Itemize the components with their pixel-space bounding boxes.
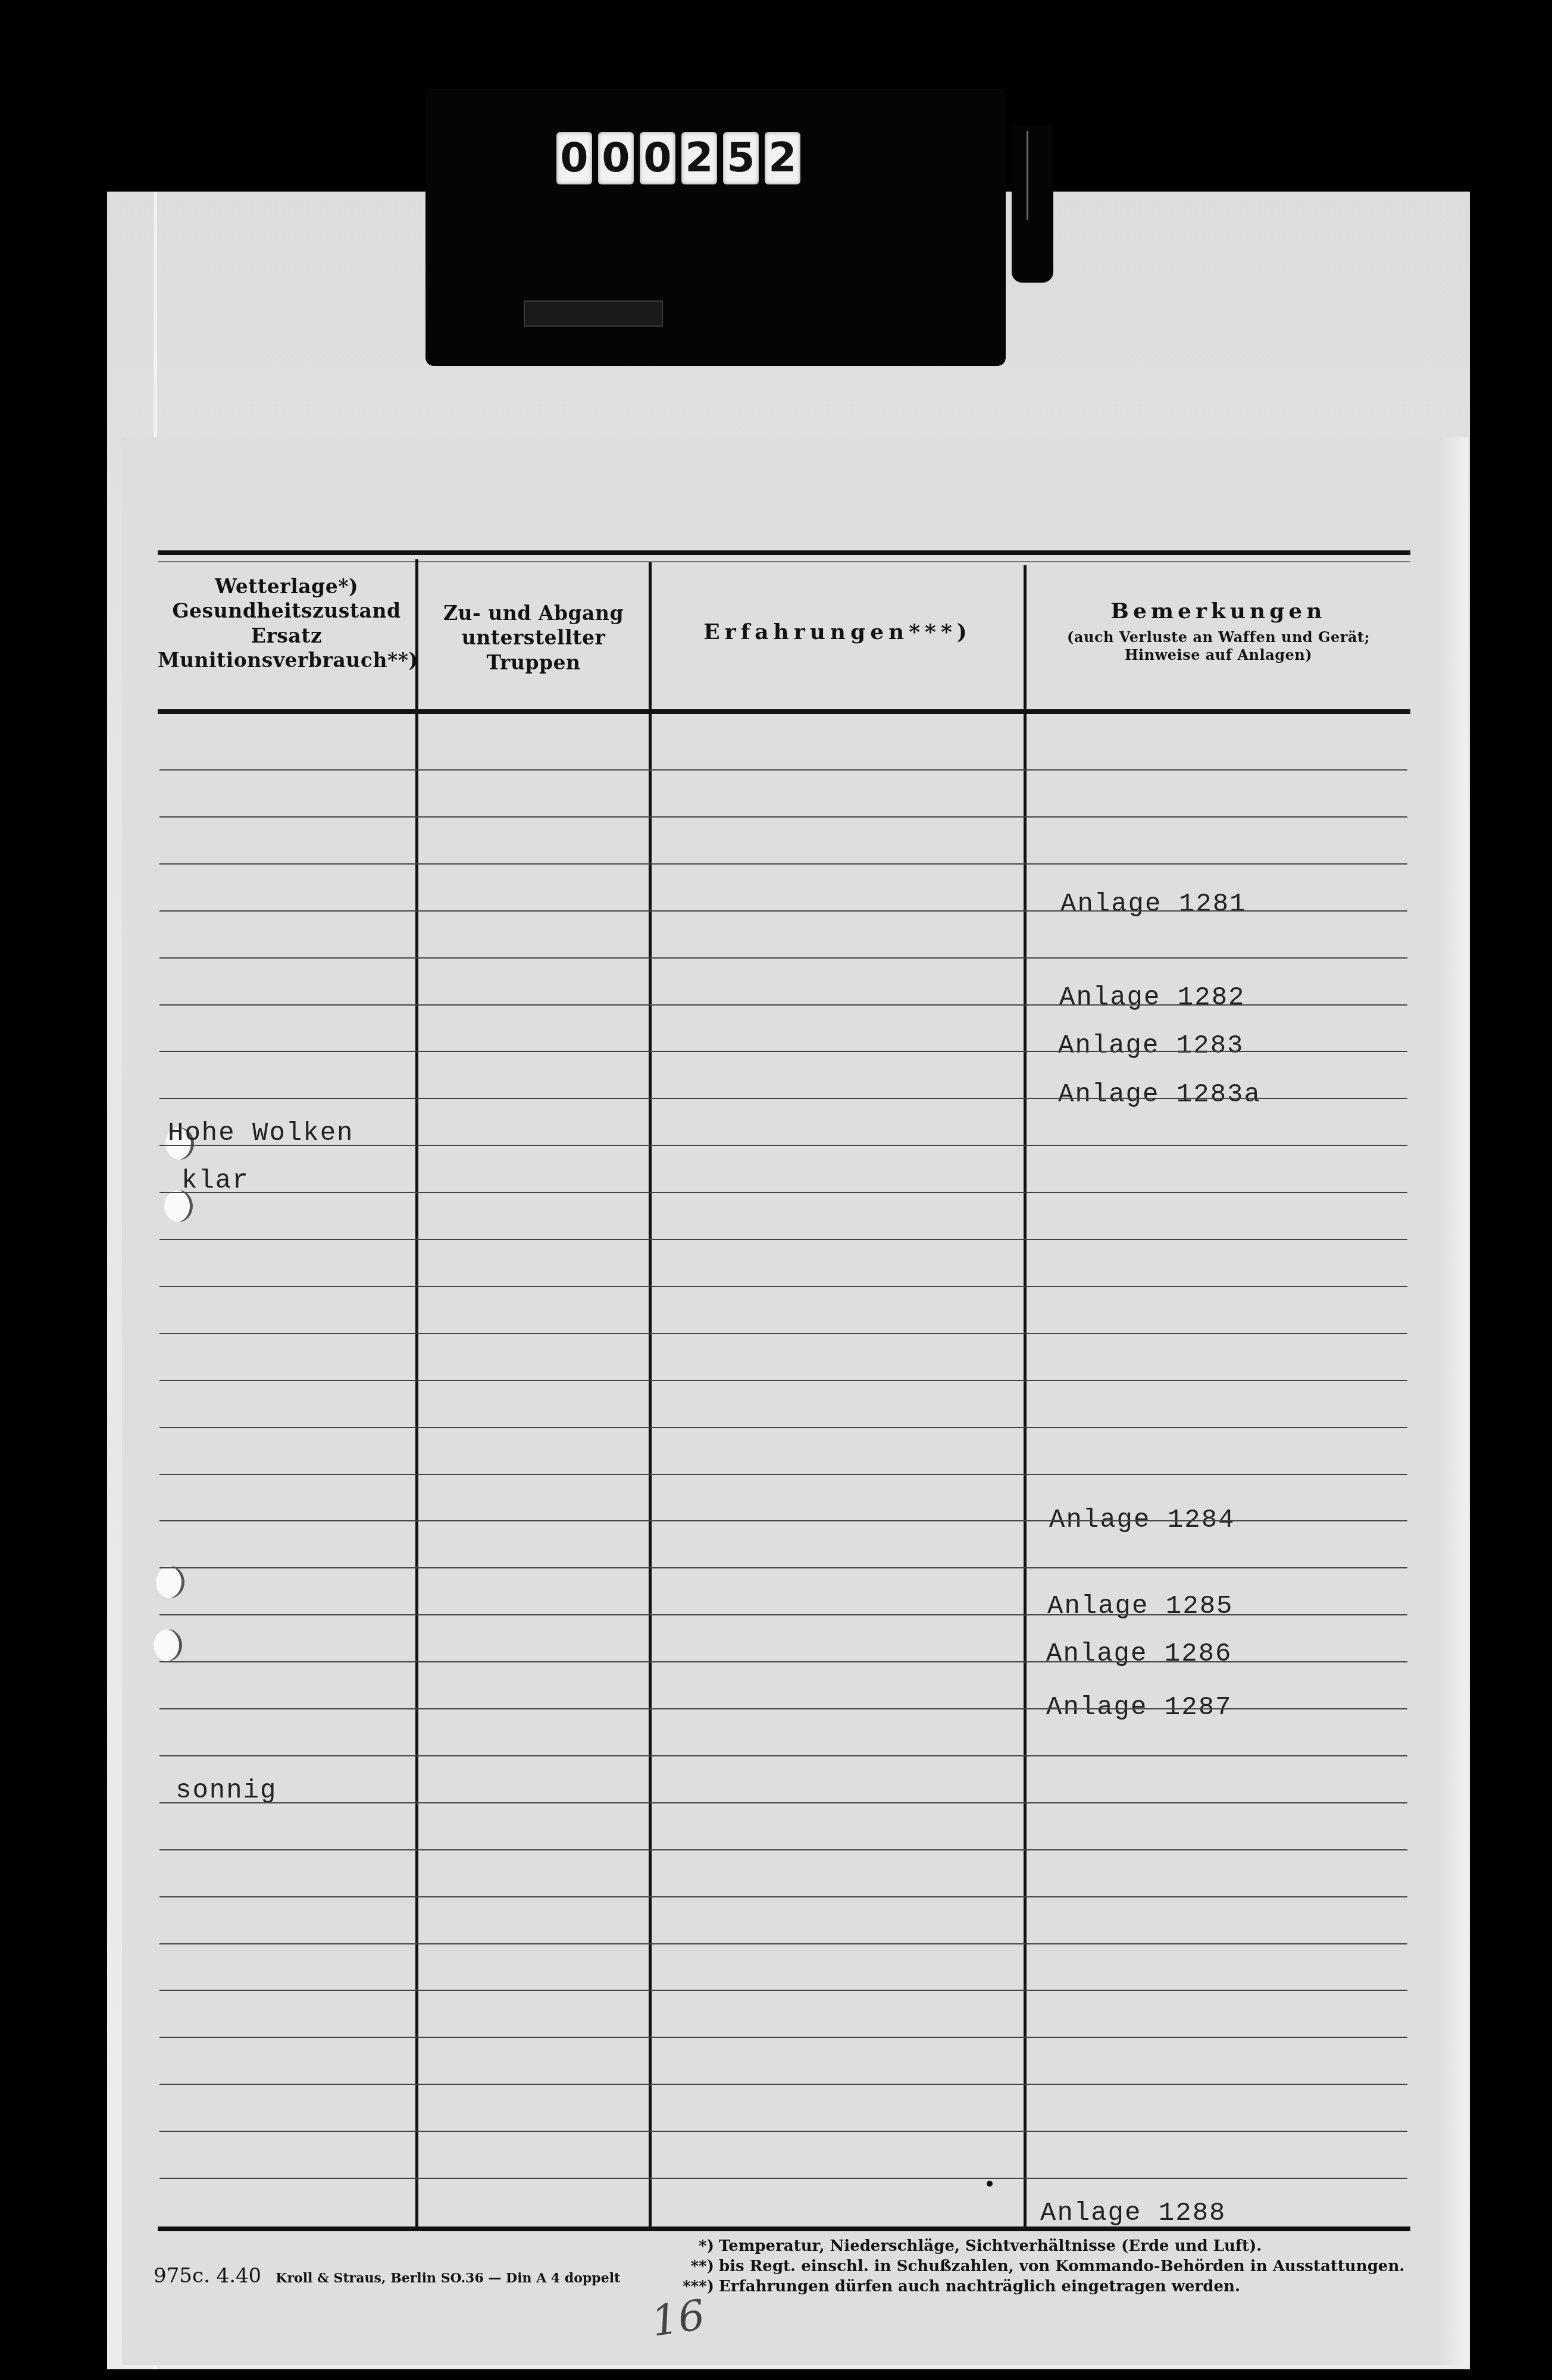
row-rule bbox=[159, 2131, 1407, 2132]
entry-anlage: Anlage 1283a bbox=[1058, 1080, 1261, 1110]
row-rule bbox=[159, 1614, 1407, 1615]
header-line: Hinweise auf Anlagen) bbox=[1027, 646, 1410, 664]
counter-digit: 2 bbox=[681, 132, 717, 184]
header-line: unterstellter Truppen bbox=[418, 625, 649, 675]
footnote-text: Temperatur, Niederschläge, Sichtverhältn… bbox=[719, 2237, 1262, 2255]
header-line: Bemerkungen bbox=[1027, 598, 1410, 625]
ink-dot bbox=[987, 2181, 993, 2187]
frame-counter-device bbox=[425, 89, 1006, 366]
column-divider-1 bbox=[415, 559, 418, 2228]
row-rule bbox=[159, 1943, 1407, 1944]
table-top-thin-rule bbox=[158, 561, 1410, 562]
footnote-mark: **) bbox=[678, 2256, 714, 2276]
header-bemerkungen: Bemerkungen (auch Verluste an Waffen und… bbox=[1027, 598, 1410, 664]
column-divider-2 bbox=[649, 562, 652, 2228]
row-rule bbox=[159, 1239, 1407, 1240]
row-rule bbox=[159, 1333, 1407, 1334]
row-rule bbox=[159, 1990, 1407, 1991]
counter-digit: 0 bbox=[640, 132, 675, 184]
header-line: Erfahrungen***) bbox=[652, 619, 1024, 646]
header-line: Wetterlage*) bbox=[158, 574, 415, 599]
header-erfahrungen: Erfahrungen***) bbox=[652, 619, 1024, 646]
entry-wetterlage-hohe-wolken: Hohe Wolken bbox=[168, 1119, 353, 1148]
column-divider-3 bbox=[1024, 565, 1027, 2228]
row-rule bbox=[159, 1427, 1407, 1428]
counter-knob bbox=[1012, 125, 1053, 283]
form-number: 975c. 4.40 bbox=[154, 2264, 261, 2288]
row-rule bbox=[159, 1380, 1407, 1381]
entry-anlage: Anlage 1286 bbox=[1046, 1639, 1232, 1669]
header-line: Ersatz bbox=[158, 624, 415, 648]
frame-counter-digits: 0 0 0 2 5 2 bbox=[556, 132, 800, 184]
printer-imprint: 975c. 4.40Kroll & Straus, Berlin SO.36 —… bbox=[154, 2264, 620, 2288]
counter-digit: 0 bbox=[556, 132, 592, 184]
printer-name: Kroll & Straus, Berlin SO.36 — Din A 4 d… bbox=[276, 2271, 620, 2286]
row-rule bbox=[159, 2084, 1407, 2085]
row-rule bbox=[159, 2037, 1407, 2038]
header-wetterlage: Wetterlage*) Gesundheitszustand Ersatz M… bbox=[158, 574, 415, 672]
entry-anlage: Anlage 1282 bbox=[1059, 983, 1245, 1013]
footnote-text: bis Regt. einschl. in Schußzahlen, von K… bbox=[719, 2257, 1404, 2275]
header-bottom-rule bbox=[158, 709, 1410, 714]
row-rule bbox=[159, 2178, 1407, 2179]
footnote-text: Erfahrungen dürfen auch nachträglich ein… bbox=[719, 2278, 1240, 2296]
row-rule bbox=[159, 1051, 1407, 1052]
row-rule bbox=[159, 1896, 1407, 1897]
row-rule bbox=[159, 1098, 1407, 1099]
header-line: Zu- und Abgang bbox=[418, 601, 649, 625]
counter-label-plate bbox=[524, 300, 663, 327]
row-rule bbox=[159, 1474, 1407, 1475]
entry-anlage: Anlage 1288 bbox=[1040, 2199, 1226, 2228]
table-top-rule bbox=[158, 550, 1410, 555]
row-rule bbox=[159, 1145, 1407, 1146]
entry-anlage: Anlage 1283 bbox=[1058, 1031, 1244, 1061]
footnote-1: *)Temperatur, Niederschläge, Sichtverhäl… bbox=[678, 2236, 1262, 2256]
row-rule bbox=[159, 1802, 1407, 1803]
footnote-3: ***)Erfahrungen dürfen auch nachträglich… bbox=[678, 2276, 1240, 2297]
handwritten-page-number: 16 bbox=[649, 2290, 708, 2346]
row-rule bbox=[159, 816, 1407, 818]
punch-hole bbox=[156, 1566, 184, 1598]
entry-wetterlage-sonnig: sonnig bbox=[176, 1776, 277, 1806]
row-rule bbox=[159, 863, 1407, 865]
row-rule bbox=[159, 1755, 1407, 1756]
counter-digit: 0 bbox=[598, 132, 634, 184]
row-rule bbox=[159, 1286, 1407, 1287]
row-rule bbox=[159, 957, 1407, 959]
war-diary-form-sheet bbox=[122, 437, 1468, 2365]
header-zu-und-abgang: Zu- und Abgang unterstellter Truppen bbox=[418, 601, 649, 675]
row-rule bbox=[159, 1661, 1407, 1662]
header-line: Gesundheitszustand bbox=[158, 599, 415, 623]
footnote-2: **)bis Regt. einschl. in Schußzahlen, vo… bbox=[678, 2256, 1404, 2276]
row-rule bbox=[159, 1004, 1407, 1006]
row-rule bbox=[159, 910, 1407, 912]
counter-digit: 2 bbox=[765, 132, 800, 184]
entry-anlage: Anlage 1285 bbox=[1047, 1592, 1233, 1621]
header-line: (auch Verluste an Waffen und Gerät; bbox=[1027, 628, 1410, 646]
footnote-mark: *) bbox=[678, 2236, 714, 2256]
row-rule bbox=[159, 1520, 1407, 1521]
row-rule bbox=[159, 1708, 1407, 1709]
entry-anlage: Anlage 1287 bbox=[1046, 1693, 1232, 1723]
row-rule bbox=[159, 1567, 1407, 1568]
punch-hole bbox=[154, 1629, 182, 1661]
row-rule bbox=[159, 1849, 1407, 1850]
header-line: Munitionsverbrauch**) bbox=[158, 648, 415, 672]
row-rule bbox=[159, 1192, 1407, 1193]
entry-anlage: Anlage 1281 bbox=[1060, 890, 1246, 919]
row-rule bbox=[159, 769, 1407, 771]
counter-digit: 5 bbox=[723, 132, 759, 184]
